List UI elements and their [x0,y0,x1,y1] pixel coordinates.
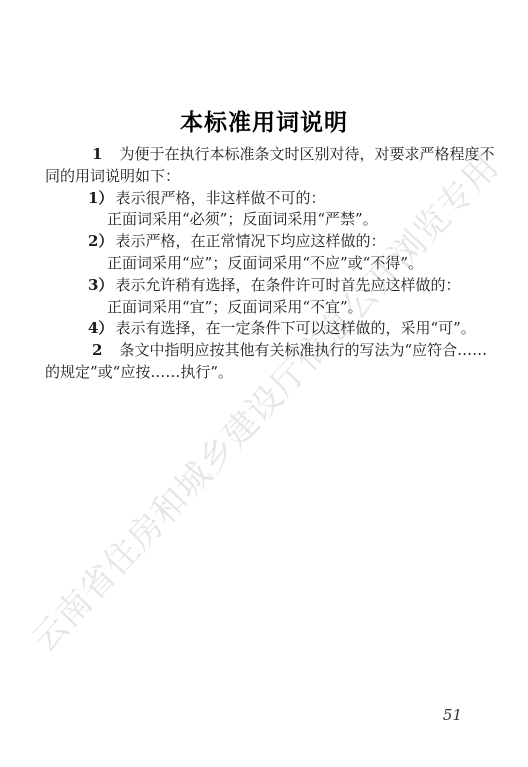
sub-item-number: 4） [88,319,113,337]
clause-text: 的规定”或“应按……执行”。 [45,363,233,381]
sub-item-1-detail: 正面词采用“必须”；反面词采用“严禁”。 [45,209,485,231]
sub-item-3-detail: 正面词采用“宜”；反面词采用“不宜”。 [45,297,485,319]
sub-item-number: 2） [88,232,113,250]
sub-item-text: 表示允许稍有选择，在条件许可时首先应这样做的： [115,276,460,294]
clause-number: 1 [92,145,102,163]
document-page: 云南省住房和城乡建设厅信息公开浏览专用 本标准用词说明 1为便于在执行本标准条文… [0,0,528,767]
sub-item-2-detail: 正面词采用“应”；反面词采用“不应”或“不得”。 [45,253,485,275]
sub-item-number: 3） [88,276,113,294]
sub-item-2: 2）表示严格，在正常情况下均应这样做的： [45,231,485,253]
sub-item-text: 正面词采用“宜”；反面词采用“不宜”。 [107,298,363,316]
sub-item-1: 1）表示很严格，非这样做不可的： [45,188,485,210]
sub-item-text: 正面词采用“必须”；反面词采用“严禁”。 [107,210,378,228]
clause-line-1-continuation: 同的用词说明如下： [45,166,485,188]
sub-item-text: 表示有选择，在一定条件下可以这样做的，采用“可”。 [115,319,475,337]
clause-number: 2 [92,341,102,359]
sub-item-text: 表示很严格，非这样做不可的： [115,189,325,207]
page-number: 51 [443,706,462,724]
sub-item-3: 3）表示允许稍有选择，在条件许可时首先应这样做的： [45,275,485,297]
body-text-block: 1为便于在执行本标准条文时区别对待，对要求严格程度不 同的用词说明如下： 1）表… [45,144,485,384]
clause-line-2-continuation: 的规定”或“应按……执行”。 [45,362,485,384]
clause-text: 条文中指明应按其他有关标准执行的写法为“应符合…… [119,341,487,359]
sub-item-4: 4）表示有选择，在一定条件下可以这样做的，采用“可”。 [45,318,485,340]
sub-item-text: 表示严格，在正常情况下均应这样做的： [115,232,385,250]
page-title: 本标准用词说明 [0,108,528,138]
clause-line-1: 1为便于在执行本标准条文时区别对待，对要求严格程度不 [45,144,485,166]
clause-line-2: 2条文中指明应按其他有关标准执行的写法为“应符合…… [45,340,485,362]
sub-item-number: 1） [88,189,113,207]
sub-item-text: 正面词采用“应”；反面词采用“不应”或“不得”。 [107,254,423,272]
clause-text: 同的用词说明如下： [45,167,180,185]
clause-text: 为便于在执行本标准条文时区别对待，对要求严格程度不 [119,145,494,163]
